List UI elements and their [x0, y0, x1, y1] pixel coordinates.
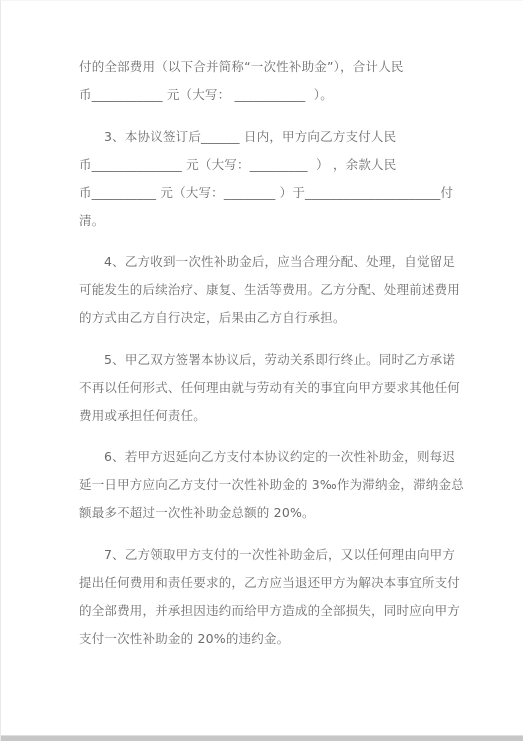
- text-line: 付的全部费用（以下合并简称“一次性补助金”），合计人民: [79, 53, 485, 81]
- text-line: 4、乙方收到一次性补助金后，应当合理分配、处理，自觉留足: [79, 248, 485, 276]
- contract-paragraph: 付的全部费用（以下合并简称“一次性补助金”），合计人民币___________ …: [79, 53, 485, 109]
- text-line: 6、若甲方迟延向乙方支付本协议约定的一次性补助金，则每迟: [79, 443, 485, 471]
- text-line: 额最多不超过一次性补助金总额的 20%。: [79, 499, 485, 527]
- text-line: 提出任何费用和责任要求的，乙方应当退还甲方为解决本事宜所支付: [79, 569, 485, 597]
- text-line: 支付一次性补助金的 20%的违约金。: [79, 625, 485, 653]
- text-line: 币______________ 元（大写：_________ ） ，余款人民: [79, 151, 485, 179]
- text-line: 5、甲乙双方签署本协议后，劳动关系即行终止。同时乙方承诺: [79, 346, 485, 374]
- contract-body: 付的全部费用（以下合并简称“一次性补助金”），合计人民币___________ …: [1, 1, 523, 653]
- text-line: 可能发生的后续治疗、康复、生活等费用。乙方分配、处理前述费用: [79, 276, 485, 304]
- text-line: 的全部费用，并承担因违约而给甲方造成的全部损失，同时应向甲方: [79, 597, 485, 625]
- text-line: 不再以任何形式、任何理由就与劳动有关的事宜向甲方要求其他任何: [79, 374, 485, 402]
- text-line: 延一日甲方应向乙方支付一次性补助金的 3‰作为滞纳金，滞纳金总: [79, 471, 485, 499]
- text-line: 的方式由乙方自行决定，后果由乙方自行承担。: [79, 304, 485, 332]
- page-bottom-edge: [1, 735, 523, 741]
- text-line: 清。: [79, 207, 485, 235]
- contract-paragraph: 6、若甲方迟延向乙方支付本协议约定的一次性补助金，则每迟延一日甲方应向乙方支付一…: [79, 443, 485, 527]
- text-line: 币__________ 元（大写：________ ）于____________…: [79, 179, 485, 207]
- text-line: 费用或承担任何责任。: [79, 402, 485, 430]
- text-line: 币___________ 元（大写： ___________ ）。: [79, 81, 485, 109]
- text-line: 3、本协议签订后______ 日内，甲方向乙方支付人民: [79, 123, 485, 151]
- contract-paragraph: 4、乙方收到一次性补助金后，应当合理分配、处理，自觉留足可能发生的后续治疗、康复…: [79, 248, 485, 332]
- contract-paragraph: 5、甲乙双方签署本协议后，劳动关系即行终止。同时乙方承诺不再以任何形式、任何理由…: [79, 346, 485, 430]
- contract-paragraph: 7、乙方领取甲方支付的一次性补助金后，又以任何理由向甲方提出任何费用和责任要求的…: [79, 541, 485, 653]
- contract-paragraph: 3、本协议签订后______ 日内，甲方向乙方支付人民币____________…: [79, 123, 485, 235]
- document-page: 付的全部费用（以下合并简称“一次性补助金”），合计人民币___________ …: [0, 0, 523, 741]
- text-line: 7、乙方领取甲方支付的一次性补助金后，又以任何理由向甲方: [79, 541, 485, 569]
